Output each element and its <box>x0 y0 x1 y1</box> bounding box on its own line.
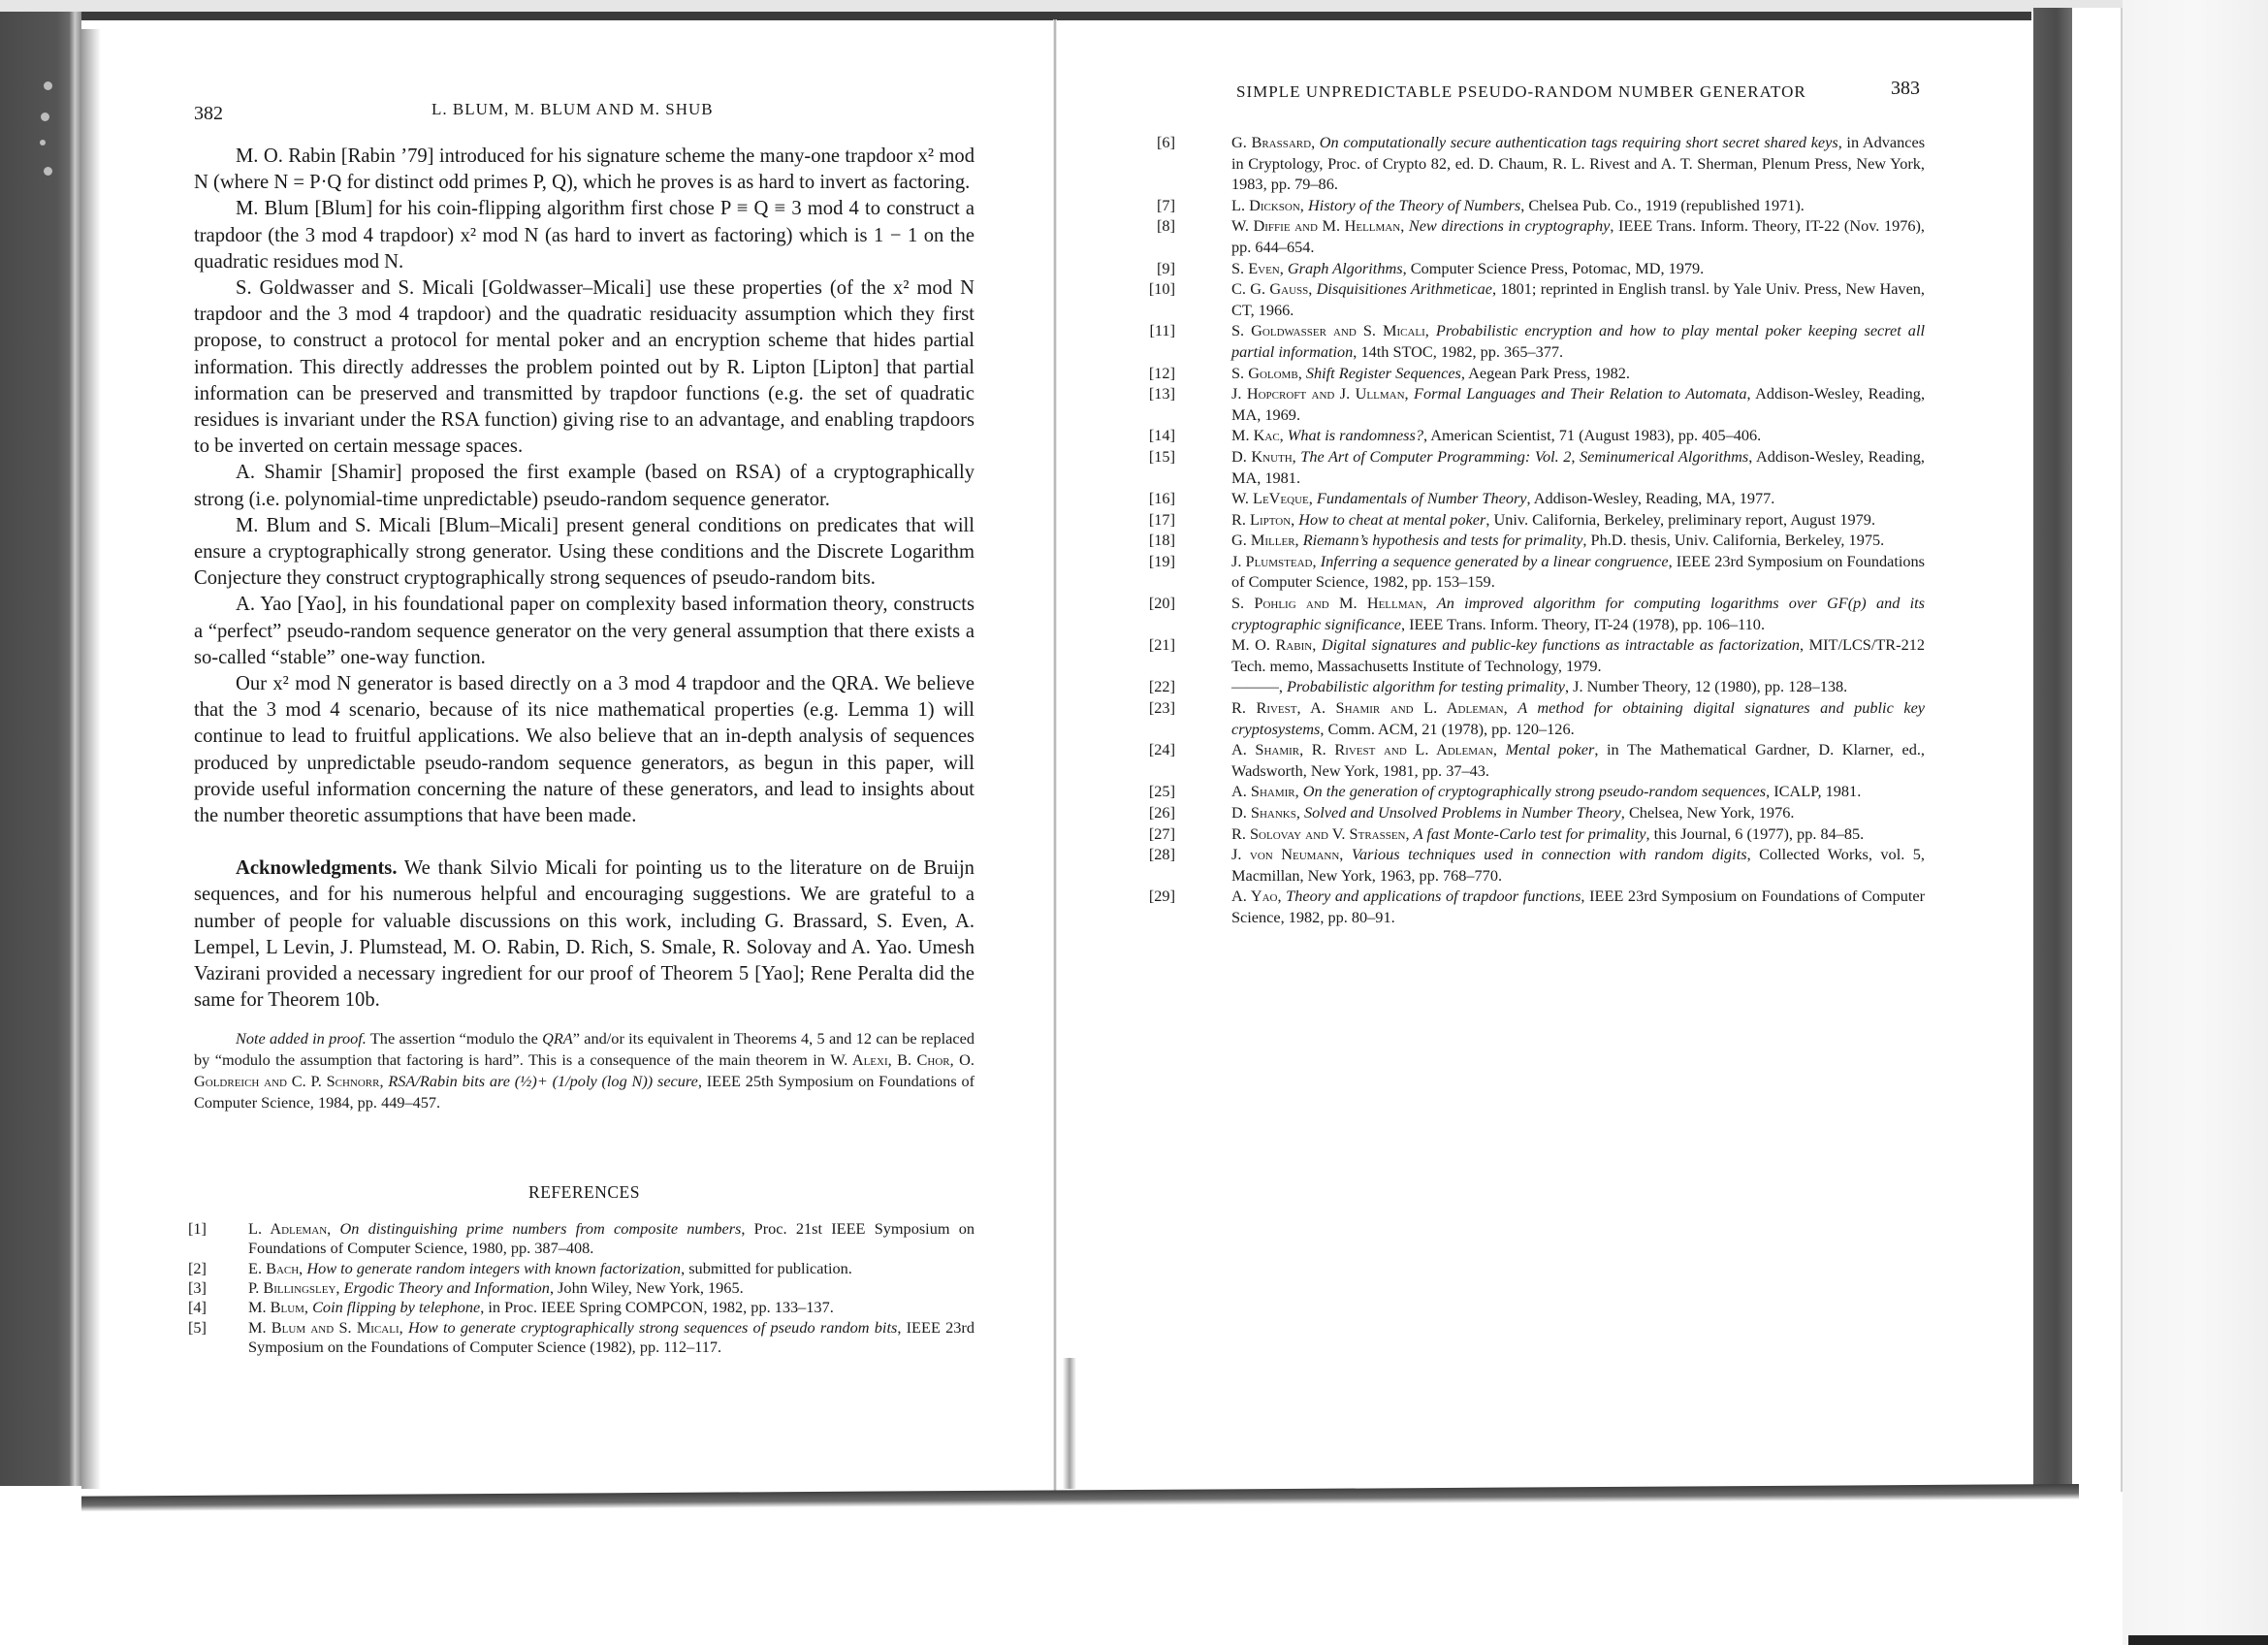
reference-number: [19] <box>1144 551 1175 572</box>
reference-authors: C. G. Gauss <box>1231 279 1308 298</box>
reference-number: [27] <box>1144 823 1175 845</box>
reference-details: , 14th STOC, 1982, pp. 365–377. <box>1353 342 1563 361</box>
reference-number: [20] <box>1144 593 1175 614</box>
reference-item: [7]L. Dickson, History of the Theory of … <box>1144 195 1925 216</box>
reference-authors: J. Hopcroft and J. Ullman <box>1231 384 1405 403</box>
running-head: SIMPLE UNPREDICTABLE PSEUDO-RANDOM NUMBE… <box>1236 82 1806 102</box>
reference-details: , Chelsea, New York, 1976. <box>1621 803 1795 822</box>
running-head: L. BLUM, M. BLUM AND M. SHUB <box>431 100 714 119</box>
reference-item: [9]S. Even, Graph Algorithms, Computer S… <box>1144 258 1925 279</box>
reference-title: How to cheat at mental poker <box>1298 510 1485 529</box>
reference-item: [13]J. Hopcroft and J. Ullman, Formal La… <box>1144 383 1925 425</box>
reference-authors: A. Shamir <box>1231 782 1295 800</box>
reference-authors: M. O. Rabin <box>1231 635 1312 654</box>
reference-details: , Aegean Park Press, 1982. <box>1461 364 1630 382</box>
reference-authors: M. Kac <box>1231 426 1280 444</box>
reference-title: Formal Languages and Their Relation to A… <box>1414 384 1746 403</box>
reference-title: Inferring a sequence generated by a line… <box>1321 552 1669 570</box>
reference-authors: ——— <box>1231 677 1279 695</box>
reference-authors: L. Dickson <box>1231 196 1300 214</box>
punch-hole <box>44 81 52 90</box>
reference-details: , this Journal, 6 (1977), pp. 84–85. <box>1646 824 1865 843</box>
center-gutter <box>1053 19 1057 1494</box>
reference-item: [12]S. Golomb, Shift Register Sequences,… <box>1144 363 1925 384</box>
reference-details: , Addison-Wesley, Reading, MA, 1977. <box>1527 489 1775 507</box>
note-text: The assertion “modulo the <box>370 1029 542 1048</box>
paragraph: A. Yao [Yao], in his foundational paper … <box>194 592 974 671</box>
gutter-shadow <box>1063 1358 1076 1489</box>
reference-authors: R. Lipton <box>1231 510 1291 529</box>
page-number: 383 <box>1891 78 1920 100</box>
reference-title: New directions in cryptography <box>1409 216 1611 235</box>
reference-authors: P. Billingsley <box>248 1278 335 1297</box>
reference-details: , Chelsea Pub. Co., 1919 (republished 19… <box>1520 196 1805 214</box>
reference-details: , Univ. California, Berkeley, preliminar… <box>1485 510 1875 529</box>
reference-title: On computationally secure authentication… <box>1320 133 1838 151</box>
reference-authors: A. Shamir, R. Rivest and L. Adleman <box>1231 740 1493 758</box>
punch-hole <box>41 113 49 121</box>
reference-title: Riemann’s hypothesis and tests for prima… <box>1303 531 1583 549</box>
reference-title: Probabilistic algorithm for testing prim… <box>1287 677 1565 695</box>
punch-hole <box>44 167 52 176</box>
reference-title: Theory and applications of trapdoor func… <box>1286 887 1581 905</box>
left-binding-edge <box>0 12 81 1486</box>
reference-title: Solved and Unsolved Problems in Number T… <box>1304 803 1621 822</box>
reference-details: , American Scientist, 71 (August 1983), … <box>1423 426 1761 444</box>
reference-title: How to generate random integers with kno… <box>306 1259 681 1277</box>
reference-title: On distinguishing prime numbers from com… <box>339 1219 741 1238</box>
reference-item: [22]———, Probabilistic algorithm for tes… <box>1144 676 1925 697</box>
reference-details: , J. Number Theory, 12 (1980), pp. 128–1… <box>1565 677 1847 695</box>
paragraph: M. Blum and S. Micali [Blum–Micali] pres… <box>194 513 974 593</box>
reference-number: [22] <box>1144 676 1175 697</box>
reference-number: [6] <box>1144 132 1175 153</box>
reference-number: [23] <box>1144 697 1175 719</box>
note-heading: Note added in proof. <box>236 1029 367 1048</box>
reference-title: How to generate cryptographically strong… <box>408 1318 897 1337</box>
reference-authors: S. Pohlig and M. Hellman <box>1231 594 1422 612</box>
reference-title: History of the Theory of Numbers <box>1308 196 1520 214</box>
reference-item: [15]D. Knuth, The Art of Computer Progra… <box>1144 446 1925 488</box>
reference-title: Coin flipping by telephone <box>312 1298 480 1316</box>
reference-number: [7] <box>1144 195 1175 216</box>
reference-number: [18] <box>1144 530 1175 551</box>
reference-number: [3] <box>188 1278 207 1298</box>
reference-number: [15] <box>1144 446 1175 468</box>
reference-title: On the generation of cryptographically s… <box>1303 782 1766 800</box>
reference-item: [24]A. Shamir, R. Rivest and L. Adleman,… <box>1144 739 1925 781</box>
reference-number: [13] <box>1144 383 1175 404</box>
reference-authors: R. Solovay and V. Strassen <box>1231 824 1406 843</box>
reference-authors: S. Golomb <box>1231 364 1298 382</box>
reference-item: [26]D. Shanks, Solved and Unsolved Probl… <box>1144 802 1925 823</box>
reference-authors: W. Diffie and M. Hellman <box>1231 216 1400 235</box>
reference-details: , IEEE Trans. Inform. Theory, IT-24 (197… <box>1401 615 1765 633</box>
paragraph: M. Blum [Blum] for his coin-flipping alg… <box>194 196 974 275</box>
page-number: 382 <box>194 103 223 125</box>
reference-authors: R. Rivest, A. Shamir and L. Adleman <box>1231 698 1504 717</box>
reference-item: [1]L. Adleman, On distinguishing prime n… <box>194 1219 974 1259</box>
punch-hole <box>40 140 46 145</box>
acknowledgments: Acknowledgments. We thank Silvio Micali … <box>194 855 974 1014</box>
reference-authors: M. Blum and S. Micali <box>248 1318 399 1337</box>
book-bottom-edge <box>81 1484 2079 1512</box>
reference-item: [28]J. von Neumann, Various techniques u… <box>1144 844 1925 886</box>
reference-authors: J. Plumstead <box>1231 552 1312 570</box>
reference-details: , submitted for publication. <box>681 1259 852 1277</box>
reference-number: [8] <box>1144 215 1175 237</box>
reference-item: [6]G. Brassard, On computationally secur… <box>1144 132 1925 195</box>
reference-item: [4]M. Blum, Coin flipping by telephone, … <box>194 1298 974 1317</box>
reference-title: The Art of Computer Programming: Vol. 2,… <box>1300 447 1748 466</box>
reference-item: [11]S. Goldwasser and S. Micali, Probabi… <box>1144 320 1925 362</box>
reference-number: [14] <box>1144 425 1175 446</box>
reference-number: [28] <box>1144 844 1175 865</box>
reference-number: [1] <box>188 1219 207 1239</box>
reference-authors: D. Shanks <box>1231 803 1296 822</box>
reference-number: [10] <box>1144 278 1175 300</box>
scanner-bottom-bar <box>2128 1635 2268 1645</box>
reference-number: [26] <box>1144 802 1175 823</box>
reference-item: [18]G. Miller, Riemann’s hypothesis and … <box>1144 530 1925 551</box>
reference-number: [12] <box>1144 363 1175 384</box>
reference-title: Disquisitiones Arithmeticae <box>1317 279 1492 298</box>
left-page-shadow <box>81 29 101 1489</box>
reference-number: [9] <box>1144 258 1175 279</box>
acknowledgments-text: We thank Silvio Micali for pointing us t… <box>194 857 974 1011</box>
reference-authors: W. LeVeque <box>1231 489 1309 507</box>
reference-item: [21]M. O. Rabin, Digital signatures and … <box>1144 634 1925 676</box>
reference-details: , Computer Science Press, Potomac, MD, 1… <box>1403 259 1705 277</box>
paragraph: A. Shamir [Shamir] proposed the first ex… <box>194 460 974 512</box>
reference-item: [8]W. Diffie and M. Hellman, New directi… <box>1144 215 1925 257</box>
right-page-edge <box>2072 8 2123 1492</box>
reference-authors: S. Goldwasser and S. Micali <box>1231 321 1425 339</box>
reference-details: , Ph.D. thesis, Univ. California, Berkel… <box>1582 531 1884 549</box>
reference-item: [16]W. LeVeque, Fundamentals of Number T… <box>1144 488 1925 509</box>
reference-item: [10]C. G. Gauss, Disquisitiones Arithmet… <box>1144 278 1925 320</box>
reference-title: Various techniques used in connection wi… <box>1352 845 1747 863</box>
reference-number: [24] <box>1144 739 1175 760</box>
reference-authors: A. Yao <box>1231 887 1277 905</box>
note-qra: QRA <box>542 1029 573 1048</box>
scanner-background <box>2123 0 2268 1645</box>
reference-item: [25]A. Shamir, On the generation of cryp… <box>1144 781 1925 802</box>
reference-number: [2] <box>188 1259 207 1278</box>
reference-details: , Comm. ACM, 21 (1978), pp. 120–126. <box>1320 720 1574 738</box>
reference-number: [16] <box>1144 488 1175 509</box>
reference-title: Digital signatures and public-key functi… <box>1322 635 1800 654</box>
references-list: [1]L. Adleman, On distinguishing prime n… <box>194 1219 974 1358</box>
reference-number: [25] <box>1144 781 1175 802</box>
reference-title: Graph Algorithms <box>1288 259 1403 277</box>
reference-number: [5] <box>188 1318 207 1338</box>
reference-item: [17]R. Lipton, How to cheat at mental po… <box>1144 509 1925 531</box>
reference-number: [4] <box>188 1298 207 1317</box>
reference-authors: G. Miller <box>1231 531 1295 549</box>
reference-title: Fundamentals of Number Theory <box>1317 489 1527 507</box>
reference-authors: L. Adleman <box>248 1219 327 1238</box>
reference-item: [23]R. Rivest, A. Shamir and L. Adleman,… <box>1144 697 1925 739</box>
reference-title: What is randomness? <box>1288 426 1423 444</box>
reference-authors: D. Knuth <box>1231 447 1293 466</box>
reference-details: , ICALP, 1981. <box>1766 782 1861 800</box>
right-binding-edge <box>2033 8 2072 1487</box>
reference-number: [11] <box>1144 320 1175 341</box>
reference-item: [14]M. Kac, What is randomness?, America… <box>1144 425 1925 446</box>
reference-title: Ergodic Theory and Information <box>344 1278 550 1297</box>
reference-item: [27]R. Solovay and V. Strassen, A fast M… <box>1144 823 1925 845</box>
reference-details: , John Wiley, New York, 1965. <box>550 1278 744 1297</box>
acknowledgments-heading: Acknowledgments. <box>236 857 397 879</box>
reference-title: A fast Monte-Carlo test for primality <box>1414 824 1646 843</box>
paragraph: M. O. Rabin [Rabin ’79] introduced for h… <box>194 144 974 196</box>
reference-item: [3]P. Billingsley, Ergodic Theory and In… <box>194 1278 974 1298</box>
reference-authors: J. von Neumann <box>1231 845 1339 863</box>
references-list: [6]G. Brassard, On computationally secur… <box>1144 132 1925 928</box>
reference-item: [2]E. Bach, How to generate random integ… <box>194 1259 974 1278</box>
paragraph: S. Goldwasser and S. Micali [Goldwasser–… <box>194 275 974 460</box>
reference-authors: S. Even <box>1231 259 1280 277</box>
paragraph: Our x² mod N generator is based directly… <box>194 671 974 829</box>
reference-title: Mental poker <box>1506 740 1595 758</box>
reference-details: , in Proc. IEEE Spring COMPCON, 1982, pp… <box>480 1298 834 1316</box>
note-added-in-proof: Note added in proof. The assertion “modu… <box>194 1028 974 1113</box>
reference-authors: G. Brassard <box>1231 133 1311 151</box>
reference-item: [19]J. Plumstead, Inferring a sequence g… <box>1144 551 1925 593</box>
reference-number: [29] <box>1144 886 1175 907</box>
reference-item: [5]M. Blum and S. Micali, How to generat… <box>194 1318 974 1358</box>
references-heading: REFERENCES <box>194 1179 974 1206</box>
reference-title: Shift Register Sequences <box>1306 364 1461 382</box>
note-title: RSA/Rabin bits are (½)+ (1/poly (log N))… <box>388 1072 698 1090</box>
reference-authors: M. Blum <box>248 1298 304 1316</box>
scanner-top-strip <box>0 0 2268 12</box>
reference-authors: E. Bach <box>248 1259 299 1277</box>
body-text: M. O. Rabin [Rabin ’79] introduced for h… <box>194 144 974 1358</box>
reference-item: [20]S. Pohlig and M. Hellman, An improve… <box>1144 593 1925 634</box>
reference-number: [17] <box>1144 509 1175 531</box>
book-top-edge <box>63 12 2031 20</box>
reference-number: [21] <box>1144 634 1175 656</box>
reference-item: [29]A. Yao, Theory and applications of t… <box>1144 886 1925 927</box>
